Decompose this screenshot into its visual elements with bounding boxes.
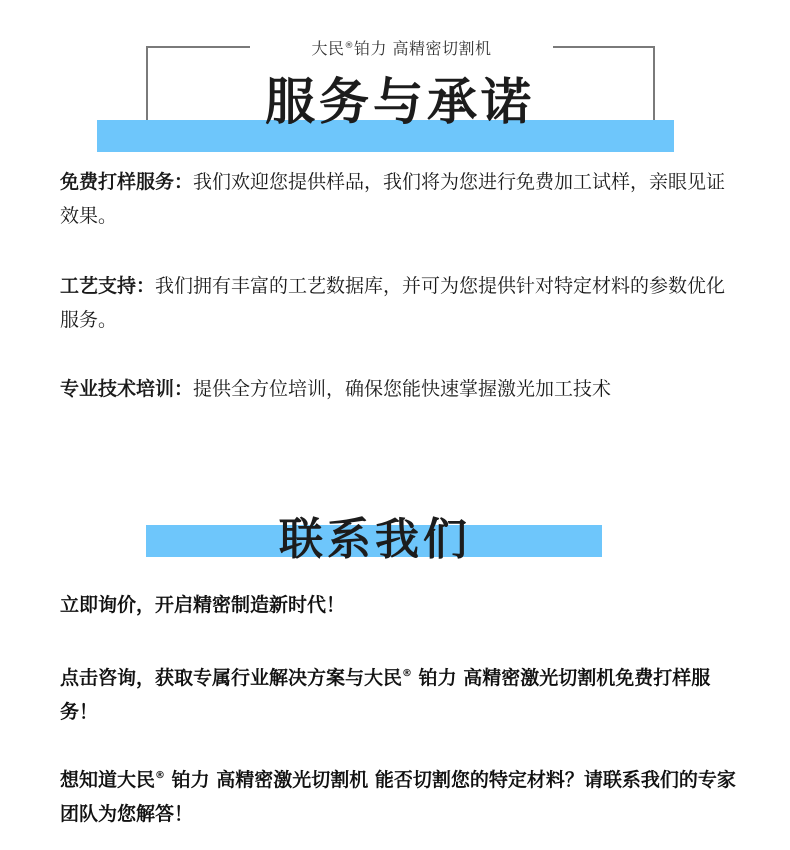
contact-text: 点击咨询，获取专属行业解决方案与大民 (60, 667, 402, 689)
brand-subtitle: 大民®铂力 高精密切割机 (250, 36, 553, 59)
service-text: 我们拥有丰富的工艺数据库，并可为您提供针对特定材料的参数优化服务。 (60, 275, 725, 331)
frame-left-line (146, 46, 148, 122)
section-title-service: 服务与承诺 (200, 72, 600, 132)
contact-line-consult: 点击咨询，获取专属行业解决方案与大民® 铂力 高精密激光切割机免费打样服务！ (60, 657, 740, 729)
service-text: 提供全方位培训，确保您能快速掌握激光加工技术 (193, 378, 611, 400)
service-item-training: 专业技术培训：提供全方位培训，确保您能快速掌握激光加工技术 (60, 372, 740, 406)
frame-top-left-line (146, 46, 250, 48)
registered-mark: ® (155, 770, 165, 781)
registered-mark: ® (344, 41, 354, 51)
service-label: 工艺支持： (60, 275, 155, 297)
section-title-contact: 联系我们 (200, 512, 550, 568)
frame-right-line (653, 46, 655, 122)
service-label: 免费打样服务： (60, 171, 193, 193)
product-name: 铂力 高精密切割机 (354, 39, 492, 58)
contact-line-expert: 想知道大民® 铂力 高精密激光切割机 能否切割您的特定材料？请联系我们的专家团队… (60, 759, 740, 831)
service-item-sampling: 免费打样服务：我们欢迎您提供样品，我们将为您进行免费加工试样，亲眼见证效果。 (60, 165, 740, 233)
brand-name: 大民 (311, 39, 344, 58)
contact-line-inquiry: 立即询价，开启精密制造新时代！ (60, 588, 740, 622)
frame-top-right-line (553, 46, 655, 48)
service-label: 专业技术培训： (60, 378, 193, 400)
service-item-process-support: 工艺支持：我们拥有丰富的工艺数据库，并可为您提供针对特定材料的参数优化服务。 (60, 269, 740, 337)
contact-text: 想知道大民 (60, 769, 155, 791)
registered-mark: ® (402, 668, 412, 679)
